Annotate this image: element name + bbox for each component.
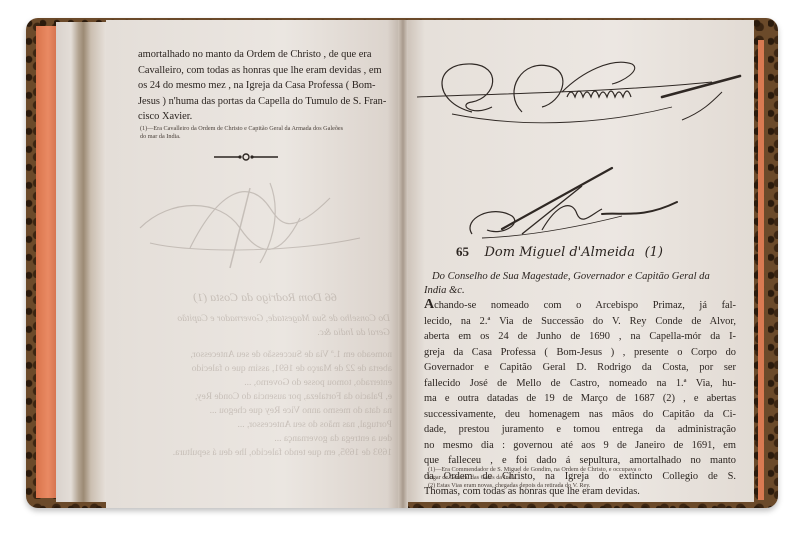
text-line: ma e outra datadas de 19 de Março de 168… bbox=[424, 391, 736, 407]
text-line: greja da Casa Professa ( Bom-Jesus ) , p… bbox=[424, 345, 736, 361]
drop-cap: A bbox=[424, 297, 434, 312]
bleed-line: Do Conselho de Sua Magestade, Governador… bbox=[140, 312, 390, 326]
ghost-signature bbox=[130, 168, 370, 278]
bleed-line: e, Palacio da Fortaleza, por ausencia do… bbox=[136, 390, 392, 404]
bleed-line: 1693 de 1695, em que tendo falecido, lhe… bbox=[136, 446, 392, 460]
text-line: fallecido José de Mello de Castro, nomea… bbox=[424, 376, 736, 392]
text-line: Achando-se nomeado com o Arcebispo Prima… bbox=[424, 297, 736, 314]
signature-top bbox=[412, 52, 742, 132]
entry-subtitle: Do Conselho de Sua Magestade, Governador… bbox=[424, 270, 734, 298]
book-gutter bbox=[398, 20, 408, 508]
footnote-line: (1)—Era Commendador de S. Miguel de Gond… bbox=[428, 466, 718, 474]
left-page-body: amortalhado no manto da Ordem de Christo… bbox=[138, 47, 396, 125]
ornament-rule-icon bbox=[212, 153, 280, 161]
bleed-line: Geral da India &c. bbox=[140, 326, 390, 340]
text-line: dade, prestou juramento e tomou entrega … bbox=[424, 422, 736, 438]
text-line: os 24 do mesmo mez , na Igreja da Casa P… bbox=[138, 78, 396, 94]
text-line: successivamente, deu homenagem nas mãos … bbox=[424, 407, 736, 423]
text-line-content: chando-se nomeado com o Arcebispo Primaz… bbox=[434, 300, 736, 311]
bleed-line: nomeado em 1.ª Via de Successão de seu A… bbox=[136, 348, 392, 362]
entry-note-ref: (1) bbox=[645, 245, 663, 260]
text-line: no mesmo dia : governou até aos 9 de Jan… bbox=[424, 438, 736, 454]
bleed-line: na data do mesmo anno Vice Rey que chego… bbox=[136, 404, 392, 418]
right-footnotes: (1)—Era Commendador de S. Miguel de Gond… bbox=[428, 466, 718, 490]
text-line: Governador e Capitão Geral D. Rodrigo da… bbox=[424, 360, 736, 376]
text-line: lecido, na 2.ª Via de Successão do V. Re… bbox=[424, 314, 736, 330]
bleed-through-heading: 66 Dom Rodrigo da Costa (1) bbox=[140, 290, 390, 304]
text-line: aberta em os 24 de Junho de 1690 , na Ca… bbox=[424, 329, 736, 345]
text-line: Jesus ) n'huma das portas da Capella do … bbox=[138, 94, 396, 110]
left-footnote: (1)—Era Cavalleiro da Ordem de Christo e… bbox=[140, 125, 396, 141]
bleed-line: enterrado, tomou posse do Governo, ... bbox=[136, 376, 392, 390]
bleed-line: Portugal, nas mãos do seu Antecessor, ..… bbox=[136, 418, 392, 432]
footnote-line: (1)—Era Cavalleiro da Ordem de Christo e… bbox=[140, 125, 396, 133]
entry-number: 65 bbox=[456, 244, 469, 259]
left-page-edge bbox=[36, 26, 56, 498]
text-line: Cavalleiro, com todas as honras que lhe … bbox=[138, 63, 396, 79]
bleed-through-subtitle: Do Conselho de Sua Magestade, Governador… bbox=[140, 312, 390, 340]
bleed-through-body: nomeado em 1.ª Via de Successão de seu A… bbox=[136, 348, 392, 460]
bleed-line: deu a entrega da governança ... bbox=[136, 432, 392, 446]
page-stack bbox=[56, 22, 106, 502]
footnote-line: do mar da India. bbox=[140, 133, 396, 141]
right-page-edge bbox=[758, 40, 764, 500]
footnote-line: logar de General das Galés da India. bbox=[428, 474, 718, 482]
entry-heading: 65 Dom Miguel d'Almeida (1) bbox=[456, 244, 716, 261]
entry-name: Dom Miguel d'Almeida bbox=[485, 245, 636, 260]
text-line: amortalhado no manto da Ordem de Christo… bbox=[138, 47, 396, 63]
bleed-line: aberta de 22 de Março de 1691, assim que… bbox=[136, 362, 392, 376]
text-line: cisco Xavier. bbox=[138, 109, 396, 125]
signature-bottom bbox=[462, 164, 682, 244]
footnote-line: (2) Estas Vias eram novas, chegadas depo… bbox=[428, 482, 718, 490]
